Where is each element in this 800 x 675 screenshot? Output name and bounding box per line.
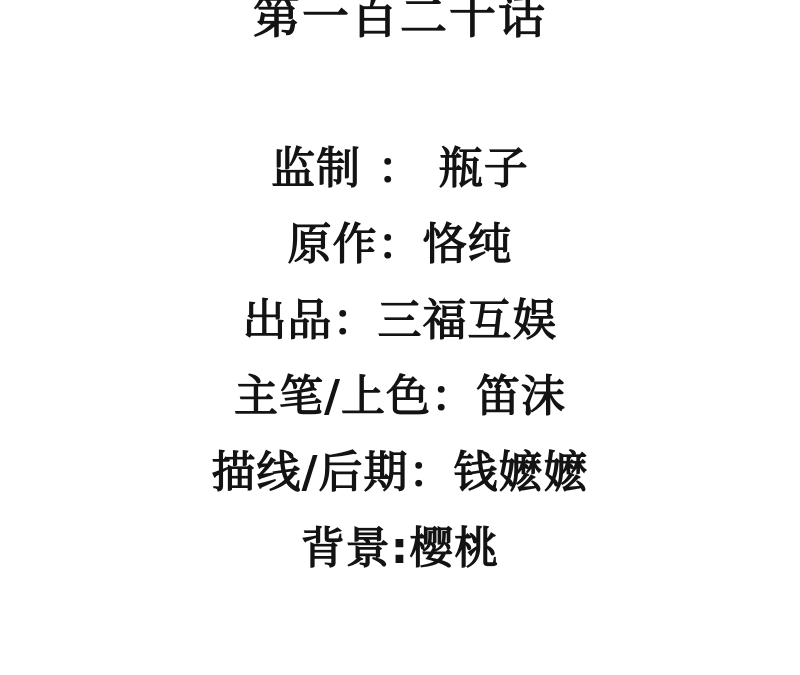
credit-line-lineart-postproduction: 描线/后期：钱嬷嬷 [0,451,800,495]
credit-line-artist-colorist: 主笔/上色：笛沫 [0,375,800,419]
credit-line-supervisor: 监制 ： 瓶子 [0,147,800,191]
credits-list: 监制 ： 瓶子 原作：恪纯 出品：三福互娱 主笔/上色：笛沫 描线/后期：钱嬷嬷… [0,147,800,571]
credit-line-original-author: 原作：恪纯 [0,223,800,267]
chapter-title: 第一百二十话 [0,0,800,41]
credits-page: 第一百二十话 监制 ： 瓶子 原作：恪纯 出品：三福互娱 主笔/上色：笛沫 描线… [0,0,800,669]
credit-line-background: 背景:樱桃 [0,527,800,571]
credit-line-producer: 出品：三福互娱 [0,299,800,343]
